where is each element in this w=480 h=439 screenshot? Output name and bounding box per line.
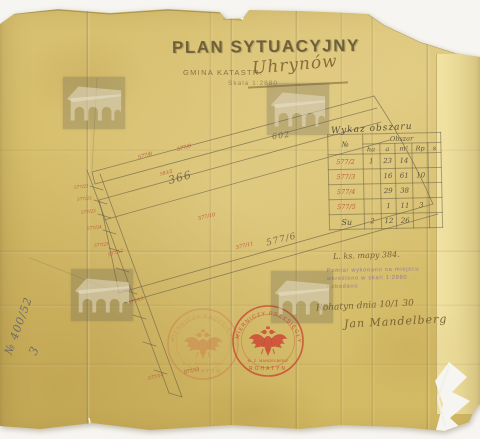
parcel-no-cell: 577/2 xyxy=(328,154,363,170)
archive-watermark xyxy=(267,83,329,135)
area-table: Wykaz obszaru № Obszar ha a m² Rp s xyxy=(327,122,453,231)
area-value-cell: 1 xyxy=(381,198,397,213)
fold-crease xyxy=(0,363,480,367)
area-value-cell xyxy=(429,197,442,212)
map-book-reference: L. ks. mapy 384. xyxy=(333,250,400,261)
arched-building-icon xyxy=(271,271,333,323)
sum-value-cell: 12 xyxy=(381,213,397,228)
area-value-cell: 3 xyxy=(413,198,429,213)
area-value-cell xyxy=(428,167,441,182)
sum-value-cell xyxy=(414,213,430,228)
parcel-number-label: 577/25 xyxy=(94,241,109,248)
parcel-number-label: 577/23 xyxy=(81,208,96,215)
area-value-cell: 14 xyxy=(395,153,412,168)
sum-value-cell xyxy=(429,212,442,227)
area-value-cell: 61 xyxy=(396,168,413,183)
arched-building-icon xyxy=(71,269,133,321)
area-value-cell: 38 xyxy=(396,183,413,198)
paper-stain xyxy=(180,380,330,439)
top-edge-notch xyxy=(221,5,247,20)
unit-header: Rp xyxy=(412,143,428,153)
area-value-cell xyxy=(412,153,428,168)
scanned-document: MIERNICZY PRZYSIĘGŁY M. Z. MANDELBERG RO… xyxy=(0,0,480,439)
table-sum-row: Su 2 12 26 xyxy=(329,212,442,229)
archive-watermark xyxy=(63,77,125,129)
sum-value-cell: 26 xyxy=(397,213,414,228)
sum-value-cell: 2 xyxy=(364,214,381,229)
seal-ghost-impression xyxy=(168,309,238,379)
sum-label-cell: Su xyxy=(329,214,364,230)
commune-label: GMINA KATASTR. xyxy=(183,68,263,77)
area-value-cell: 29 xyxy=(380,183,396,198)
parcel-number-label: 577/21 xyxy=(74,183,89,190)
area-value-cell xyxy=(364,199,381,214)
seal-name-text: M. Z. MANDELBERG xyxy=(248,359,289,363)
seal-rim-bottom-text: ROHATYN xyxy=(249,366,287,372)
fold-crease xyxy=(0,250,480,254)
parcel-no-cell: 577/4 xyxy=(329,184,364,200)
no-column-header: № xyxy=(328,134,363,155)
fold-crease xyxy=(209,0,213,439)
parcel-number-label: 577/9 xyxy=(176,143,191,153)
archive-watermark xyxy=(271,271,333,323)
unit-header: s xyxy=(428,142,441,152)
margin-figure: 3 xyxy=(26,345,42,358)
area-value-cell: 16 xyxy=(380,168,396,183)
unit-header: m² xyxy=(395,143,412,153)
pencil-area-label: 577/6 xyxy=(265,231,297,248)
area-value-cell: 11 xyxy=(396,198,413,213)
arched-building-icon xyxy=(267,83,329,135)
archive-watermark xyxy=(71,269,133,321)
parcel-number-label: 577/14 xyxy=(148,373,165,382)
parcel-number-label: 577/24 xyxy=(87,224,102,231)
unit-header: a xyxy=(379,143,395,153)
parcel-no-cell: 577/5 xyxy=(329,199,364,215)
violet-office-stamp: Pomiar wykonano na miejscuwkreślono w sk… xyxy=(327,265,455,291)
parcel-number-label: 577/22 xyxy=(77,195,92,202)
parcel-number-label: 577/12 xyxy=(108,249,125,259)
area-value-cell xyxy=(429,182,442,197)
parcel-no-cell: 577/3 xyxy=(328,169,363,185)
paper-flap xyxy=(436,54,480,414)
arched-building-icon xyxy=(63,77,125,129)
paper-shadow: MIERNICZY PRZYSIĘGŁY M. Z. MANDELBERG RO… xyxy=(0,0,480,439)
area-value-cell xyxy=(363,169,380,184)
unit-header: ha xyxy=(363,144,380,154)
surveyor-signature: Jan Mandelberg xyxy=(344,312,448,330)
parcel-number-label: 577/8 xyxy=(137,151,152,161)
area-value-cell xyxy=(363,184,380,199)
tear-crack xyxy=(89,418,92,432)
parcel-number-label: 577/11 xyxy=(236,241,255,251)
area-value-cell xyxy=(413,183,429,198)
fold-crease xyxy=(230,0,234,439)
paper-sheet: MIERNICZY PRZYSIĘGŁY M. Z. MANDELBERG RO… xyxy=(0,0,480,439)
parcel-number-label: 577/15 xyxy=(184,367,201,376)
double-eagle-icon xyxy=(249,327,287,357)
area-value-cell: 23 xyxy=(380,153,396,168)
area-value-cell xyxy=(428,152,441,167)
area-value-cell: 10 xyxy=(413,168,429,183)
parcel-number-label: 577/10 xyxy=(198,212,217,222)
fold-crease xyxy=(86,0,90,439)
area-value-cell: 1 xyxy=(363,154,380,169)
